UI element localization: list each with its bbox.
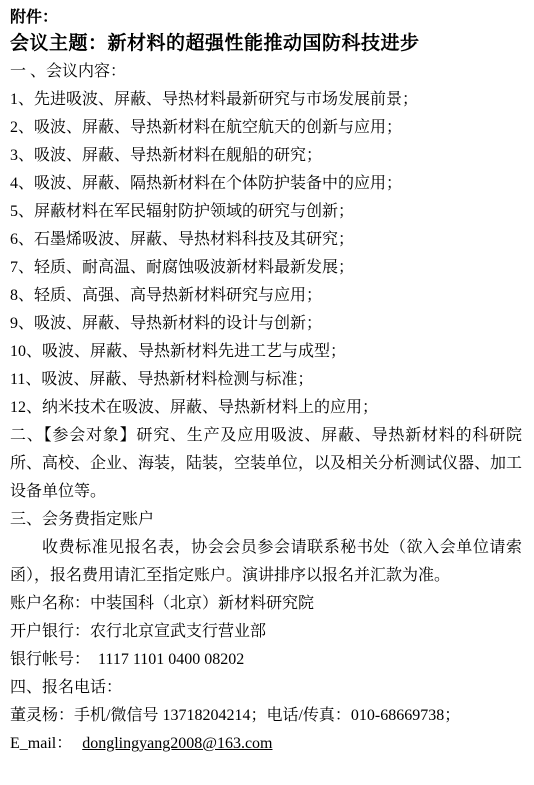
section1-heading: 一 、会议内容： [10, 58, 522, 86]
email-label: E_mail： [10, 735, 72, 752]
participants-paragraph: 二、【参会对象】研究、生产及应用吸波、屏蔽、导热新材料的科研院所、高校、企业、海… [10, 422, 522, 506]
agenda-item-4: 4、吸波、屏蔽、隔热新材料在个体防护装备中的应用； [10, 170, 522, 198]
agenda-item-8: 8、轻质、高强、高导热新材料研究与应用； [10, 282, 522, 310]
agenda-item-9: 9、吸波、屏蔽、导热新材料的设计与创新； [10, 310, 522, 338]
agenda-item-2: 2、吸波、屏蔽、导热新材料在航空航天的创新与应用； [10, 114, 522, 142]
agenda-item-6: 6、石墨烯吸波、屏蔽、导热材料科技及其研究； [10, 226, 522, 254]
email-link[interactable]: donglingyang2008@163.com [82, 735, 272, 752]
contact-line: 董灵杨：手机/微信号 13718204214；电话/传真：010-6866973… [10, 702, 522, 730]
agenda-item-11: 11、吸波、屏蔽、导热新材料检测与标准； [10, 366, 522, 394]
attachment-label: 附件： [10, 6, 522, 30]
document-page: 附件： 会议主题：新材料的超强性能推动国防科技进步 一 、会议内容： 1、先进吸… [0, 0, 534, 785]
document-title: 会议主题：新材料的超强性能推动国防科技进步 [10, 30, 522, 58]
agenda-item-10: 10、吸波、屏蔽、导热新材料先进工艺与成型； [10, 338, 522, 366]
payment-note-paragraph: 收费标准见报名表，协会会员参会请联系秘书处（欲入会单位请索函），报名费用请汇至指… [10, 534, 522, 590]
bank-name-line: 开户银行：农行北京宣武支行营业部 [10, 618, 522, 646]
account-number-line: 银行帐号： 1117 1101 0400 08202 [10, 646, 522, 674]
section4-heading: 四、报名电话： [10, 674, 522, 702]
agenda-item-3: 3、吸波、屏蔽、导热新材料在舰船的研究； [10, 142, 522, 170]
email-line: E_mail：donglingyang2008@163.com [10, 730, 522, 758]
agenda-item-12: 12、纳米技术在吸波、屏蔽、导热新材料上的应用； [10, 394, 522, 422]
section3-heading: 三、会务费指定账户 [10, 506, 522, 534]
agenda-item-5: 5、屏蔽材料在军民辐射防护领域的研究与创新； [10, 198, 522, 226]
agenda-item-7: 7、轻质、耐高温、耐腐蚀吸波新材料最新发展； [10, 254, 522, 282]
agenda-item-1: 1、先进吸波、屏蔽、导热材料最新研究与市场发展前景； [10, 86, 522, 114]
account-name-line: 账户名称：中装国科（北京）新材料研究院 [10, 590, 522, 618]
